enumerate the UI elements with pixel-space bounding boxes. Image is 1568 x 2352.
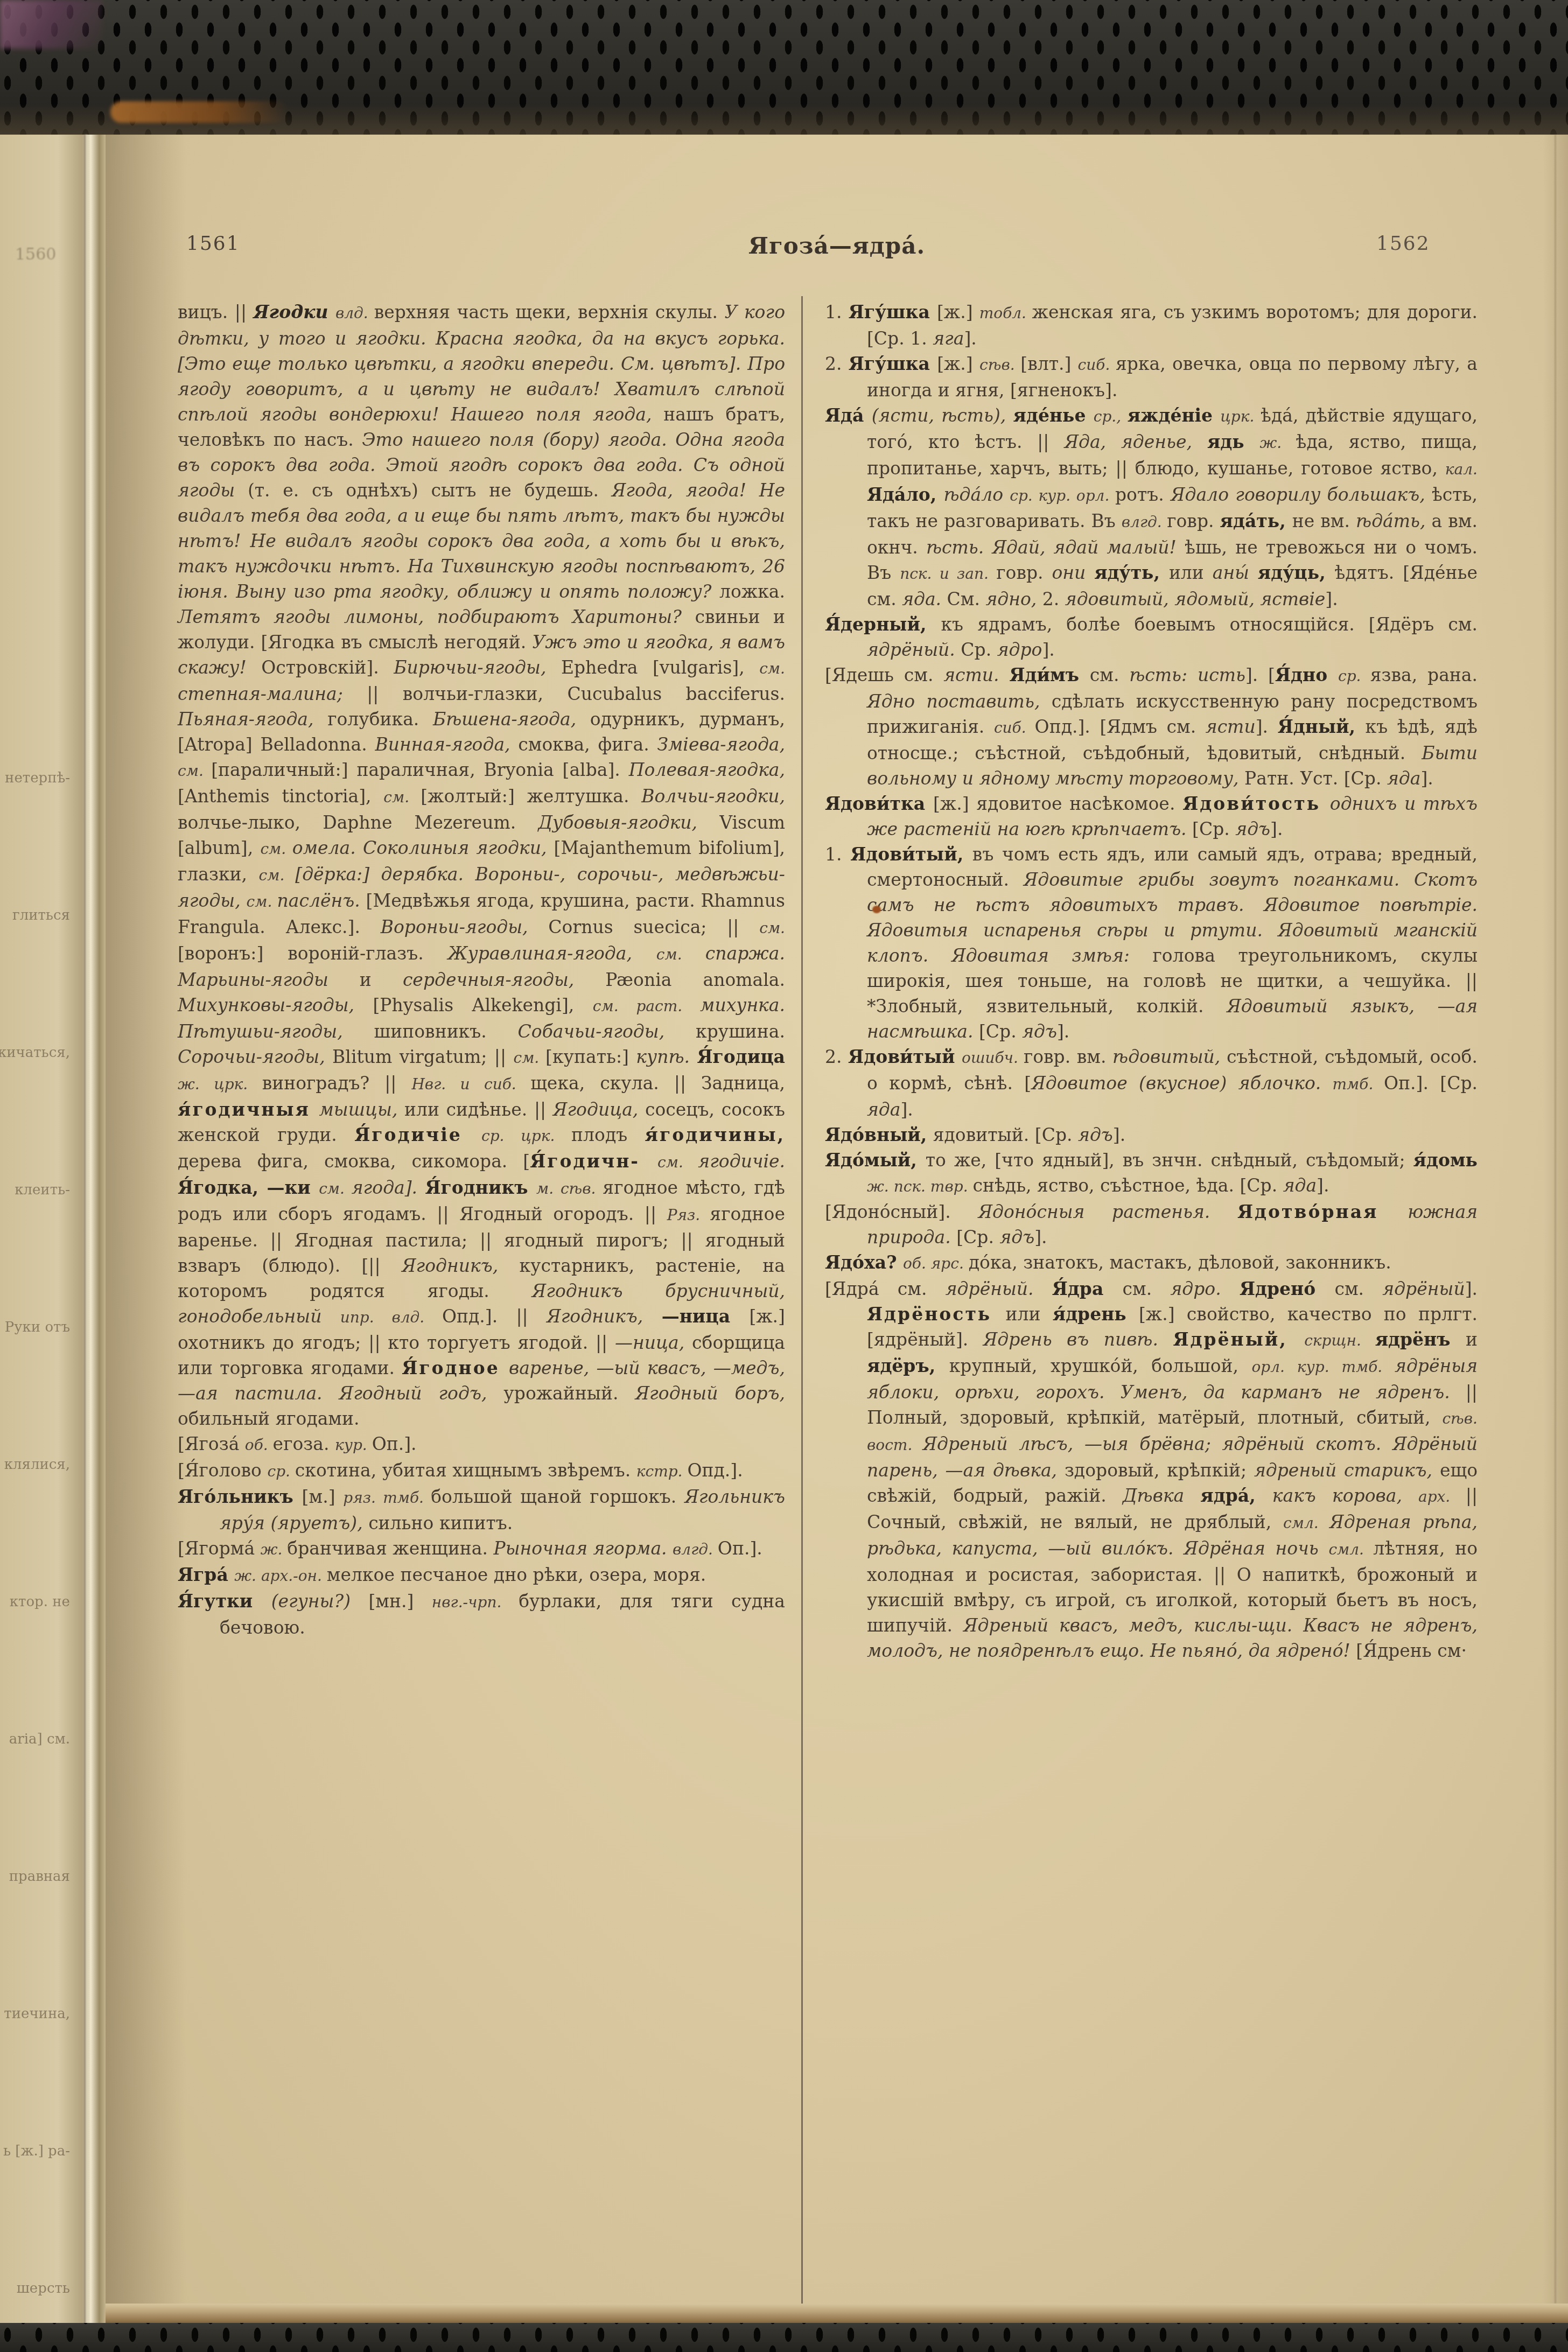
ghost-text-line: правная — [9, 1868, 70, 1885]
dictionary-paragraph: Яда́ (ясти, ѣсть), яде́нье ср., яжде́ніе… — [825, 403, 1478, 612]
cover-corner-sheen — [0, 0, 102, 48]
ghost-text-line: кичаться, — [0, 1045, 70, 1061]
ghost-text-line: клялися, — [4, 1457, 70, 1473]
rust-stain — [110, 101, 288, 123]
dictionary-paragraph: [Ядра́ см. ядрёный. Я́дра см. ядро. Ядре… — [825, 1276, 1478, 1663]
ghost-text-line: Руки отъ — [5, 1319, 70, 1335]
ink-spot — [872, 906, 881, 913]
ghost-text-line: глиться — [12, 907, 70, 923]
dictionary-paragraph: Яго́льникъ [м.] ряз. тмб. большой щаной … — [178, 1484, 785, 1536]
ghost-text-line: aria] см. — [9, 1731, 70, 1747]
ghost-page-number: 1560 — [15, 245, 56, 264]
ghost-text-line: тиечина, — [4, 2006, 70, 2022]
text-column-right: 1. Ягу́шка [ж.] тобл. женская яга, съ уз… — [825, 299, 1478, 1663]
dictionary-page: 1561 Ягоза́—ядра́. 1562 вицъ. || Ягодки … — [106, 135, 1568, 2304]
dictionary-paragraph: 2. Ягу́шка [ж.] сѣв. [влт.] сиб. ярка, о… — [825, 351, 1478, 403]
book-cover-bottom-texture — [0, 2323, 1568, 2352]
dictionary-paragraph: [Я́голово ср. скотина, убитая хищнымъ зв… — [178, 1458, 785, 1484]
dictionary-paragraph: [Ягорма́ ж. бранчивая женщина. Рыночная … — [178, 1536, 785, 1562]
ghost-text-line: шерсть — [17, 2280, 70, 2297]
ghost-text-line: ктор. не — [10, 1594, 70, 1610]
dictionary-paragraph: [Ядешь см. ясти. Яди́мъ см. ѣсть: исть].… — [825, 662, 1478, 791]
page-crease — [1555, 135, 1556, 2304]
ghost-text-line: клеить- — [15, 1182, 70, 1198]
dictionary-paragraph: 1. Ядови́тый, въ чомъ есть ядъ, или самы… — [825, 842, 1478, 1044]
dictionary-paragraph: [Ядоно́сный]. Ядоно́сныя растенья. Ядотв… — [825, 1199, 1478, 1250]
ghost-text-line: ь [ж.] ра- — [3, 2143, 70, 2159]
dictionary-paragraph: Ядо́мый, то же, [что ядный], въ знчн. сн… — [825, 1147, 1478, 1199]
dictionary-paragraph: вицъ. || Ягодки влд. верхняя часть щеки,… — [178, 299, 785, 1431]
text-column-left: вицъ. || Ягодки влд. верхняя часть щеки,… — [178, 299, 785, 1640]
dictionary-paragraph: Я́гутки (егуны?) [мн.] нвг.-чрп. бурлаки… — [178, 1588, 785, 1640]
dictionary-paragraph: Ягра́ ж. арх.-он. мелкое песчаное дно рѣ… — [178, 1562, 785, 1588]
book-scan-photo: 1560 нетерпѣ-глитьсякичаться,клеить-Руки… — [0, 0, 1568, 2352]
dictionary-paragraph: Я́дерный, къ ядрамъ, болѣе боевымъ относ… — [825, 612, 1478, 662]
dictionary-paragraph: Ядо́ха? об. ярс. до́ка, знатокъ, мастакъ… — [825, 1250, 1478, 1276]
dictionary-paragraph: 2. Ядови́тый ошибч. говр. вм. ѣдовитый, … — [825, 1044, 1478, 1122]
running-title: Ягоза́—ядра́. — [106, 233, 1568, 259]
column-divider-rule — [801, 296, 803, 2310]
dictionary-paragraph: [Ягоза́ об. егоза. кур. Оп.]. — [178, 1431, 785, 1458]
previous-pages-edge: 1560 нетерпѣ-глитьсякичаться,клеить-Руки… — [0, 135, 106, 2352]
dictionary-paragraph: Ядо́вный, ядовитый. [Ср. ядъ]. — [825, 1122, 1478, 1147]
running-header: 1561 Ягоза́—ядра́. 1562 — [106, 233, 1568, 265]
column-number-right: 1562 — [1376, 233, 1430, 255]
page-fold-line — [84, 135, 87, 2352]
dictionary-paragraph: Ядови́тка [ж.] ядовитое насѣкомое. Ядови… — [825, 791, 1478, 842]
dictionary-paragraph: 1. Ягу́шка [ж.] тобл. женская яга, съ уз… — [825, 299, 1478, 351]
ghost-text-line: нетерпѣ- — [5, 770, 70, 786]
